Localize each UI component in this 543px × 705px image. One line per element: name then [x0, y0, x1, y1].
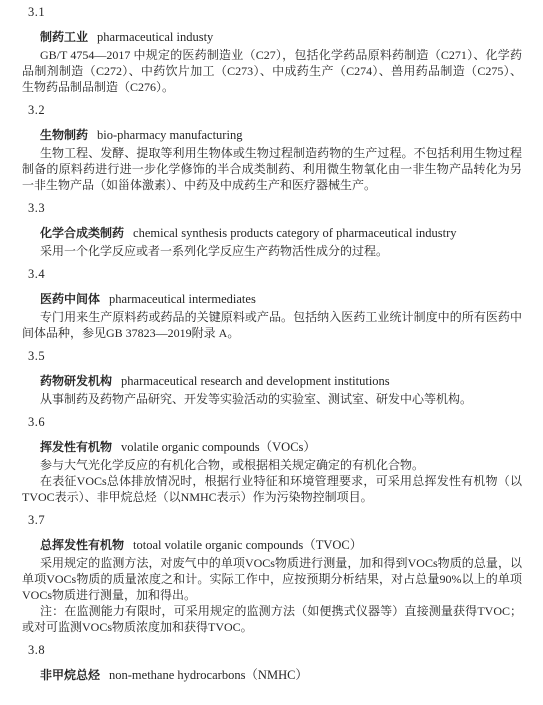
section-3-7: 3.7 总挥发性有机物totoal volatile organic compo… — [22, 512, 522, 635]
term-english: pharmaceutical intermediates — [109, 292, 256, 306]
document-page: 3.1 制药工业pharmaceutical industy GB/T 4754… — [22, 4, 522, 683]
clause-number: 3.4 — [28, 266, 522, 282]
term-chinese: 制药工业 — [40, 30, 88, 44]
term-heading: 医药中间体pharmaceutical intermediates — [22, 291, 522, 307]
term-english: chemical synthesis products category of … — [133, 226, 457, 240]
term-heading: 挥发性有机物volatile organic compounds（VOCs） — [22, 439, 522, 455]
note-paragraph: 注：在监测能力有限时，可采用规定的监测方法（如便携式仪器等）直接测量获得TVOC… — [22, 603, 522, 635]
term-english: bio-pharmacy manufacturing — [97, 128, 242, 142]
term-heading: 化学合成类制药chemical synthesis products categ… — [22, 225, 522, 241]
definition-paragraph: 采用规定的监测方法，对废气中的单项VOCs物质进行测量，加和得到VOCs物质的总… — [22, 555, 522, 603]
definition-paragraph: 采用一个化学反应或者一系列化学反应生产药物活性成分的过程。 — [22, 243, 522, 259]
definition-paragraph: GB/T 4754—2017 中规定的医药制造业（C27），包括化学药品原料药制… — [22, 47, 522, 95]
section-3-8: 3.8 非甲烷总烃non-methane hydrocarbons（NMHC） — [22, 642, 522, 683]
term-english: pharmaceutical industy — [97, 30, 213, 44]
term-heading: 非甲烷总烃non-methane hydrocarbons（NMHC） — [22, 667, 522, 683]
section-3-3: 3.3 化学合成类制药chemical synthesis products c… — [22, 200, 522, 259]
section-3-2: 3.2 生物制药bio-pharmacy manufacturing 生物工程、… — [22, 102, 522, 193]
term-heading: 总挥发性有机物totoal volatile organic compounds… — [22, 537, 522, 553]
term-chinese: 药物研发机构 — [40, 374, 112, 388]
clause-number: 3.7 — [28, 512, 522, 528]
clause-number: 3.2 — [28, 102, 522, 118]
clause-number: 3.3 — [28, 200, 522, 216]
section-3-1: 3.1 制药工业pharmaceutical industy GB/T 4754… — [22, 4, 522, 95]
term-chinese: 非甲烷总烃 — [40, 668, 100, 682]
definition-paragraph: 在表征VOCs总体排放情况时，根据行业特征和环境管理要求，可采用总挥发性有机物（… — [22, 473, 522, 505]
term-heading: 生物制药bio-pharmacy manufacturing — [22, 127, 522, 143]
definition-paragraph: 参与大气光化学反应的有机化合物，或根据相关规定确定的有机化合物。 — [22, 457, 522, 473]
clause-number: 3.1 — [28, 4, 522, 20]
term-chinese: 医药中间体 — [40, 292, 100, 306]
term-english: pharmaceutical research and development … — [121, 374, 390, 388]
term-chinese: 生物制药 — [40, 128, 88, 142]
section-3-4: 3.4 医药中间体pharmaceutical intermediates 专门… — [22, 266, 522, 341]
term-english: volatile organic compounds（VOCs） — [121, 440, 316, 454]
section-3-6: 3.6 挥发性有机物volatile organic compounds（VOC… — [22, 414, 522, 505]
definition-paragraph: 专门用来生产原料药或药品的关键原料或产品。包括纳入医药工业统计制度中的所有医药中… — [22, 309, 522, 341]
term-english: totoal volatile organic compounds（TVOC） — [133, 538, 362, 552]
term-chinese: 挥发性有机物 — [40, 440, 112, 454]
definition-paragraph: 生物工程、发酵、提取等利用生物体或生物过程制造药物的生产过程。不包括利用生物过程… — [22, 145, 522, 193]
term-english: non-methane hydrocarbons（NMHC） — [109, 668, 308, 682]
clause-number: 3.5 — [28, 348, 522, 364]
definition-paragraph: 从事制药及药物产品研究、开发等实验活动的实验室、测试室、研发中心等机构。 — [22, 391, 522, 407]
clause-number: 3.6 — [28, 414, 522, 430]
term-heading: 制药工业pharmaceutical industy — [22, 29, 522, 45]
term-chinese: 总挥发性有机物 — [40, 538, 124, 552]
clause-number: 3.8 — [28, 642, 522, 658]
term-chinese: 化学合成类制药 — [40, 226, 124, 240]
term-heading: 药物研发机构pharmaceutical research and develo… — [22, 373, 522, 389]
section-3-5: 3.5 药物研发机构pharmaceutical research and de… — [22, 348, 522, 407]
